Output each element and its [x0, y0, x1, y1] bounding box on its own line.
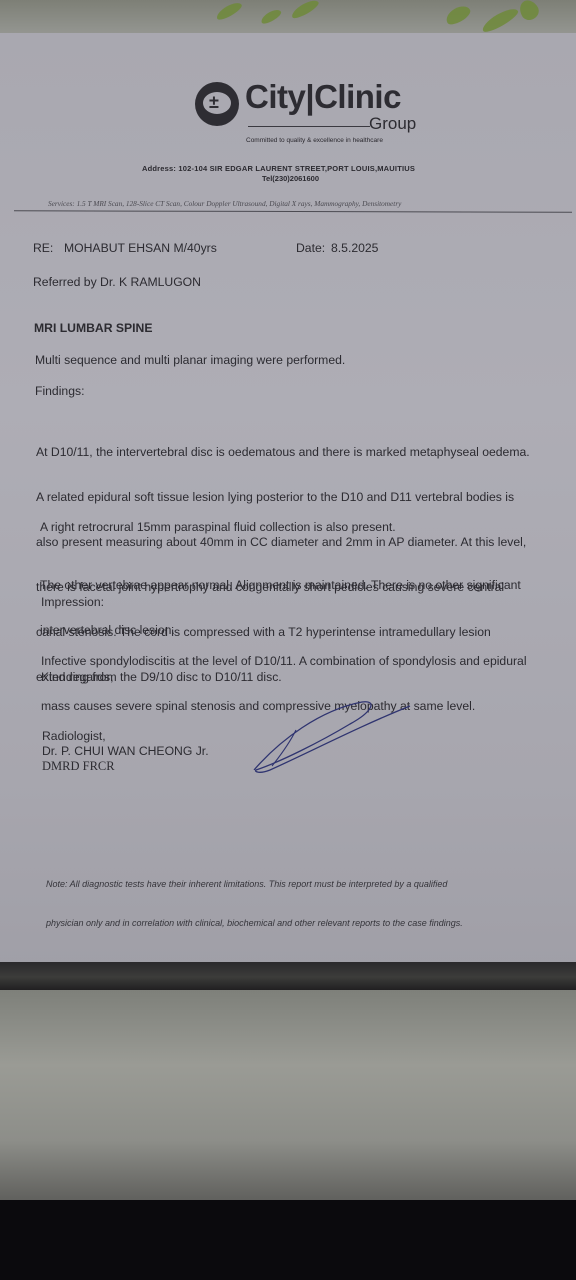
plant-leaf: [290, 0, 321, 21]
patient-name: MOHABUT EHSAN M/40yrs: [64, 241, 217, 255]
referred-by: Referred by Dr. K RAMLUGON: [33, 275, 201, 289]
signature-icon: [250, 690, 420, 780]
signatory-name: Dr. P. CHUI WAN CHEONG Jr.: [42, 744, 209, 758]
background-cloth: [0, 990, 576, 1205]
clinic-logo-icon: ±: [195, 82, 239, 126]
re-label: RE:: [33, 241, 53, 255]
closing: Kind regards,: [41, 670, 114, 684]
plant-leaf: [214, 0, 243, 22]
clinic-address: Address: 102-104 SIR EDGAR LAURENT STREE…: [142, 164, 462, 173]
technique: Multi sequence and multi planar imaging …: [35, 353, 345, 367]
logo-heartbeat-line: [248, 126, 370, 127]
impression-label: Impression:: [41, 595, 104, 609]
clinic-services: Services: 1.5 T MRI Scan, 128-Slice CT S…: [48, 199, 401, 208]
date-label: Date:: [296, 241, 325, 255]
signatory-role: Radiologist,: [42, 729, 106, 743]
plant-leaf: [480, 5, 521, 35]
exam-title: MRI LUMBAR SPINE: [34, 321, 153, 335]
paper-edge-shadow: [0, 962, 576, 992]
background-dark: [0, 1200, 576, 1280]
disclaimer-note: Note: All diagnostic tests have their in…: [46, 852, 463, 943]
clinic-name: City|Clinic: [245, 78, 401, 116]
report-date: 8.5.2025: [331, 241, 378, 255]
plant-leaf: [443, 2, 473, 27]
signatory-qualifications: DMRD FRCR: [42, 759, 115, 774]
clinic-group: Group: [369, 114, 416, 134]
findings-label: Findings:: [35, 384, 84, 398]
clinic-tagline: Committed to quality & excellence in hea…: [246, 137, 383, 144]
plant-leaf: [516, 0, 542, 23]
findings-paragraph-2: A right retrocrural 15mm paraspinal flui…: [40, 520, 396, 534]
plant-leaf: [259, 7, 283, 26]
clinic-telephone: Tel(230)2061600: [262, 174, 319, 183]
